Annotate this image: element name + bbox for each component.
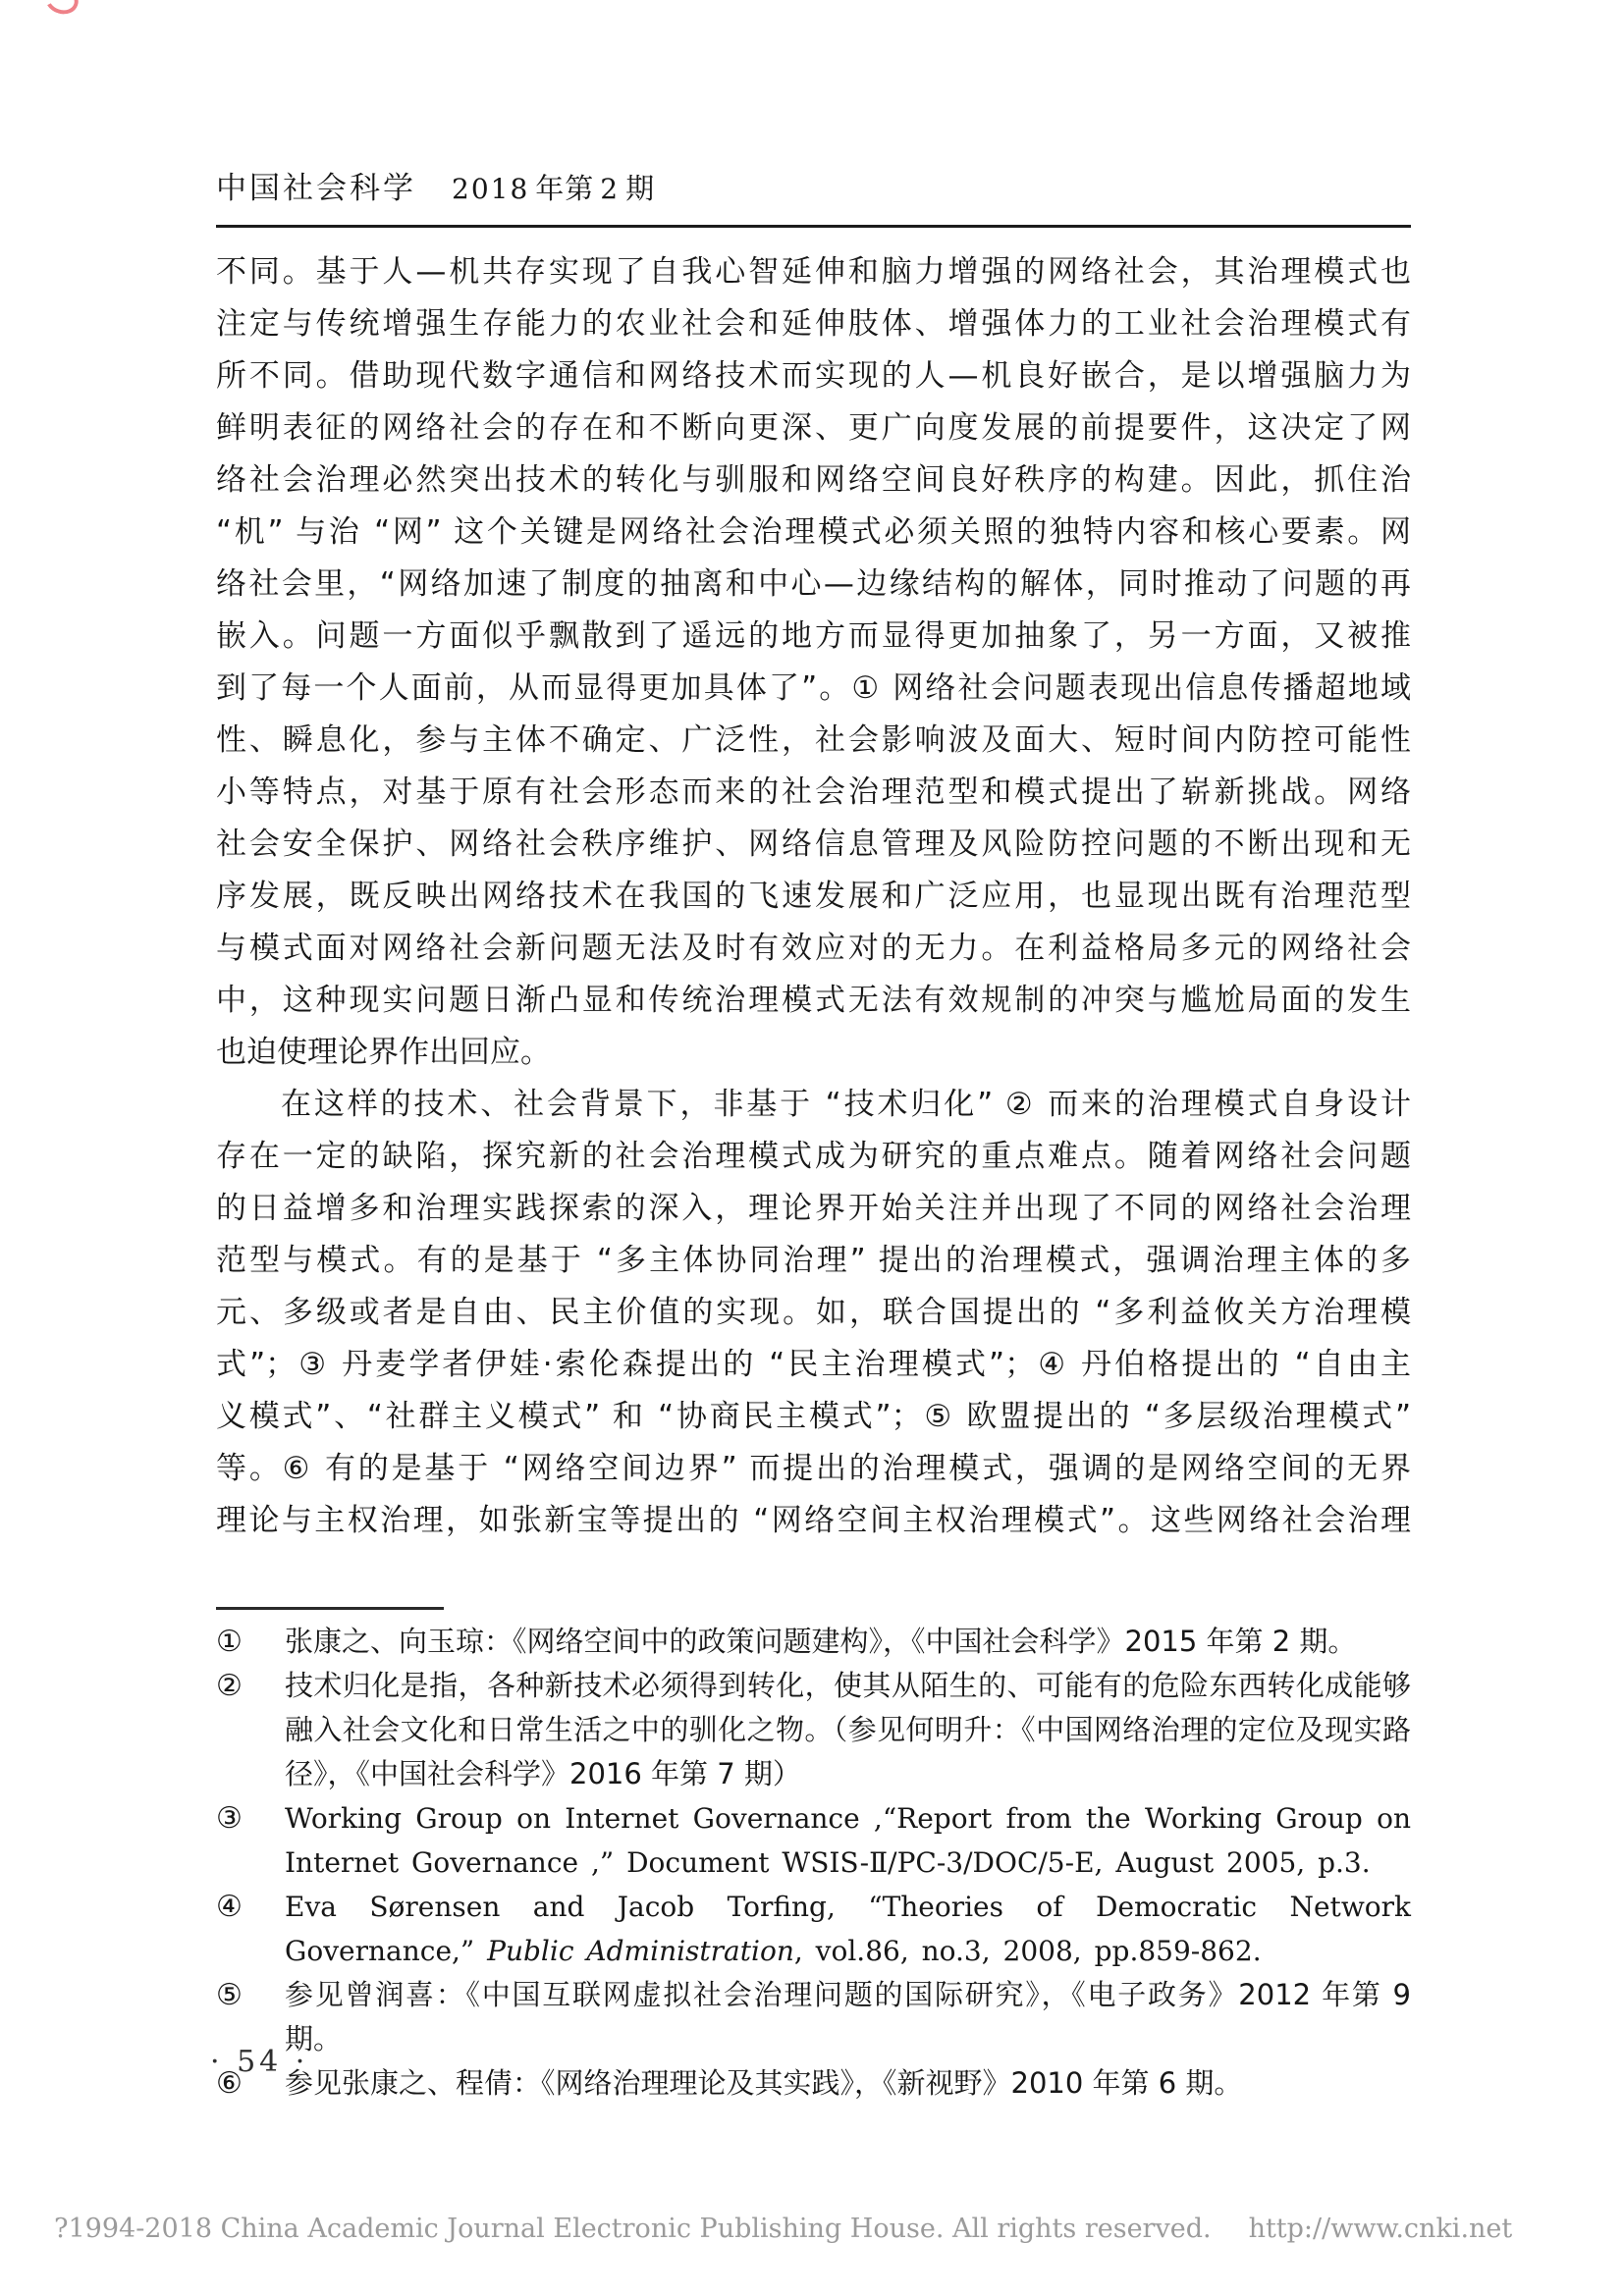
issue-info: 2018年第2期 [446,172,655,205]
footnote-text: 参见张康之、程倩：《网络治理理论及其实践》，《新视野》2010 年第 6 期。 [285,2061,1411,2106]
journal-title: 中国社会科学 [216,171,416,206]
body-line: 存在一定的缺陷，探究新的社会治理模式成为研究的重点难点。随着网络社会问题 [216,1131,1411,1183]
footnote-number: ② [216,1664,285,1708]
body-line: 元、多级或者是自由、民主价值的实现。如，联合国提出的 “多利益攸关方治理模 [216,1287,1411,1339]
footnote-item: ①张康之、向玉琼：《网络空间中的政策问题建构》，《中国社会科学》2015 年第 … [216,1620,1411,1664]
copyright-notice: ?1994-2018 China Academic Journal Electr… [54,2214,1212,2244]
footnote-item: ④Eva Sørensen and Jacob Torfing, “Theori… [216,1885,1411,1973]
footnote-number: ③ [216,1796,285,1841]
body-line: 式”；③ 丹麦学者伊娃·索伦森提出的 “民主治理模式”；④ 丹伯格提出的 “自由… [216,1339,1411,1391]
footnote-number: ⑤ [216,1973,285,2017]
page-number: · 54 · [210,2045,308,2079]
footnote-number: ④ [216,1885,285,1929]
footnote-item: ⑤参见曾润喜：《中国互联网虚拟社会治理问题的国际研究》，《电子政务》2012 年… [216,1973,1411,2061]
issue-year: 2018 [446,173,535,205]
issue-number-label: 期 [625,172,655,205]
copyright-bar: ?1994-2018 China Academic Journal Electr… [54,2214,1586,2244]
header-rule [216,225,1411,228]
body-line: 性、瞬息化，参与主体不确定、广泛性，社会影响波及面大、短时间内防控可能性 [216,715,1411,767]
body-line: “机” 与治 “网” 这个关键是网络社会治理模式必须关照的独特内容和核心要素。网 [216,507,1411,559]
footnote-text: Eva Sørensen and Jacob Torfing, “Theorie… [285,1885,1411,1973]
body-line: 也迫使理论界作出回应。 [216,1027,1411,1079]
body-line: 的日益增多和治理实践探索的深入，理论界开始关注并出现了不同的网络社会治理 [216,1183,1411,1235]
footnote-number: ① [216,1620,285,1664]
body-line: 所不同。借助现代数字通信和网络技术而实现的人—机良好嵌合，是以增强脑力为 [216,350,1411,402]
footnote-list: ①张康之、向玉琼：《网络空间中的政策问题建构》，《中国社会科学》2015 年第 … [216,1620,1411,2106]
body-line: 范型与模式。有的是基于 “多主体协同治理” 提出的治理模式，强调治理主体的多 [216,1235,1411,1287]
footnote-text: Working Group on Internet Governance ,“R… [285,1796,1411,1885]
body-line: 理论与主权治理，如张新宝等提出的 “网络空间主权治理模式”。这些网络社会治理 [216,1495,1411,1547]
body-line: 在这样的技术、社会背景下，非基于 “技术归化” ② 而来的治理模式自身设计 [216,1079,1411,1131]
body-line: 鲜明表征的网络社会的存在和不断向更深、更广向度发展的前提要件，这决定了网 [216,402,1411,454]
body-line: 嵌入。问题一方面似乎飘散到了遥远的地方而显得更加抽象了，另一方面，又被推 [216,611,1411,663]
footnote-item: ②技术归化是指，各种新技术必须得到转化，使其从陌生的、可能有的危险东西转化成能够… [216,1664,1411,1796]
body-line: 到了每一个人面前，从而显得更加具体了”。① 网络社会问题表现出信息传播超地域 [216,663,1411,715]
body-line: 义模式”、“社群主义模式” 和 “协商民主模式”；⑤ 欧盟提出的 “多层级治理模… [216,1391,1411,1443]
issue-year-label: 年第 [535,172,594,205]
body-line: 不同。基于人—机共存实现了自我心智延伸和脑力增强的网络社会，其治理模式也 [216,246,1411,298]
body-line: 小等特点，对基于原有社会形态而来的社会治理范型和模式提出了崭新挑战。网络 [216,767,1411,819]
body-line: 络社会治理必然突出技术的转化与驯服和网络空间良好秩序的构建。因此，抓住治 [216,454,1411,507]
body-text: 不同。基于人—机共存实现了自我心智延伸和脑力增强的网络社会，其治理模式也注定与传… [216,246,1411,1547]
scan-artifact-mark-icon [42,0,82,19]
body-line: 注定与传统增强生存能力的农业社会和延伸肢体、增强体力的工业社会治理模式有 [216,298,1411,350]
footnote-item: ⑥参见张康之、程倩：《网络治理理论及其实践》，《新视野》2010 年第 6 期。 [216,2061,1411,2106]
footnote-text: 技术归化是指，各种新技术必须得到转化，使其从陌生的、可能有的危险东西转化成能够融… [285,1664,1411,1796]
body-line: 与模式面对网络社会新问题无法及时有效应对的无力。在利益格局多元的网络社会 [216,923,1411,975]
issue-number: 2 [594,173,625,205]
running-head: 中国社会科学2018年第2期 [216,163,1411,207]
body-line: 序发展，既反映出网络技术在我国的飞速发展和广泛应用，也显现出既有治理范型 [216,871,1411,923]
footnote-separator [216,1607,444,1610]
body-line: 等。⑥ 有的是基于 “网络空间边界” 而提出的治理模式，强调的是网络空间的无界 [216,1443,1411,1495]
footnote-item: ③Working Group on Internet Governance ,“… [216,1796,1411,1885]
footnote-text: 参见曾润喜：《中国互联网虚拟社会治理问题的国际研究》，《电子政务》2012 年第… [285,1973,1411,2061]
body-line: 络社会里，“网络加速了制度的抽离和中心—边缘结构的解体，同时推动了问题的再 [216,559,1411,611]
journal-page: 中国社会科学2018年第2期 不同。基于人—机共存实现了自我心智延伸和脑力增强的… [0,0,1623,2296]
copyright-url: http://www.cnki.net [1249,2214,1513,2244]
footnote-text: 张康之、向玉琼：《网络空间中的政策问题建构》，《中国社会科学》2015 年第 2… [285,1620,1411,1664]
body-line: 中，这种现实问题日渐凸显和传统治理模式无法有效规制的冲突与尴尬局面的发生 [216,975,1411,1027]
body-line: 社会安全保护、网络社会秩序维护、网络信息管理及风险防控问题的不断出现和无 [216,819,1411,871]
